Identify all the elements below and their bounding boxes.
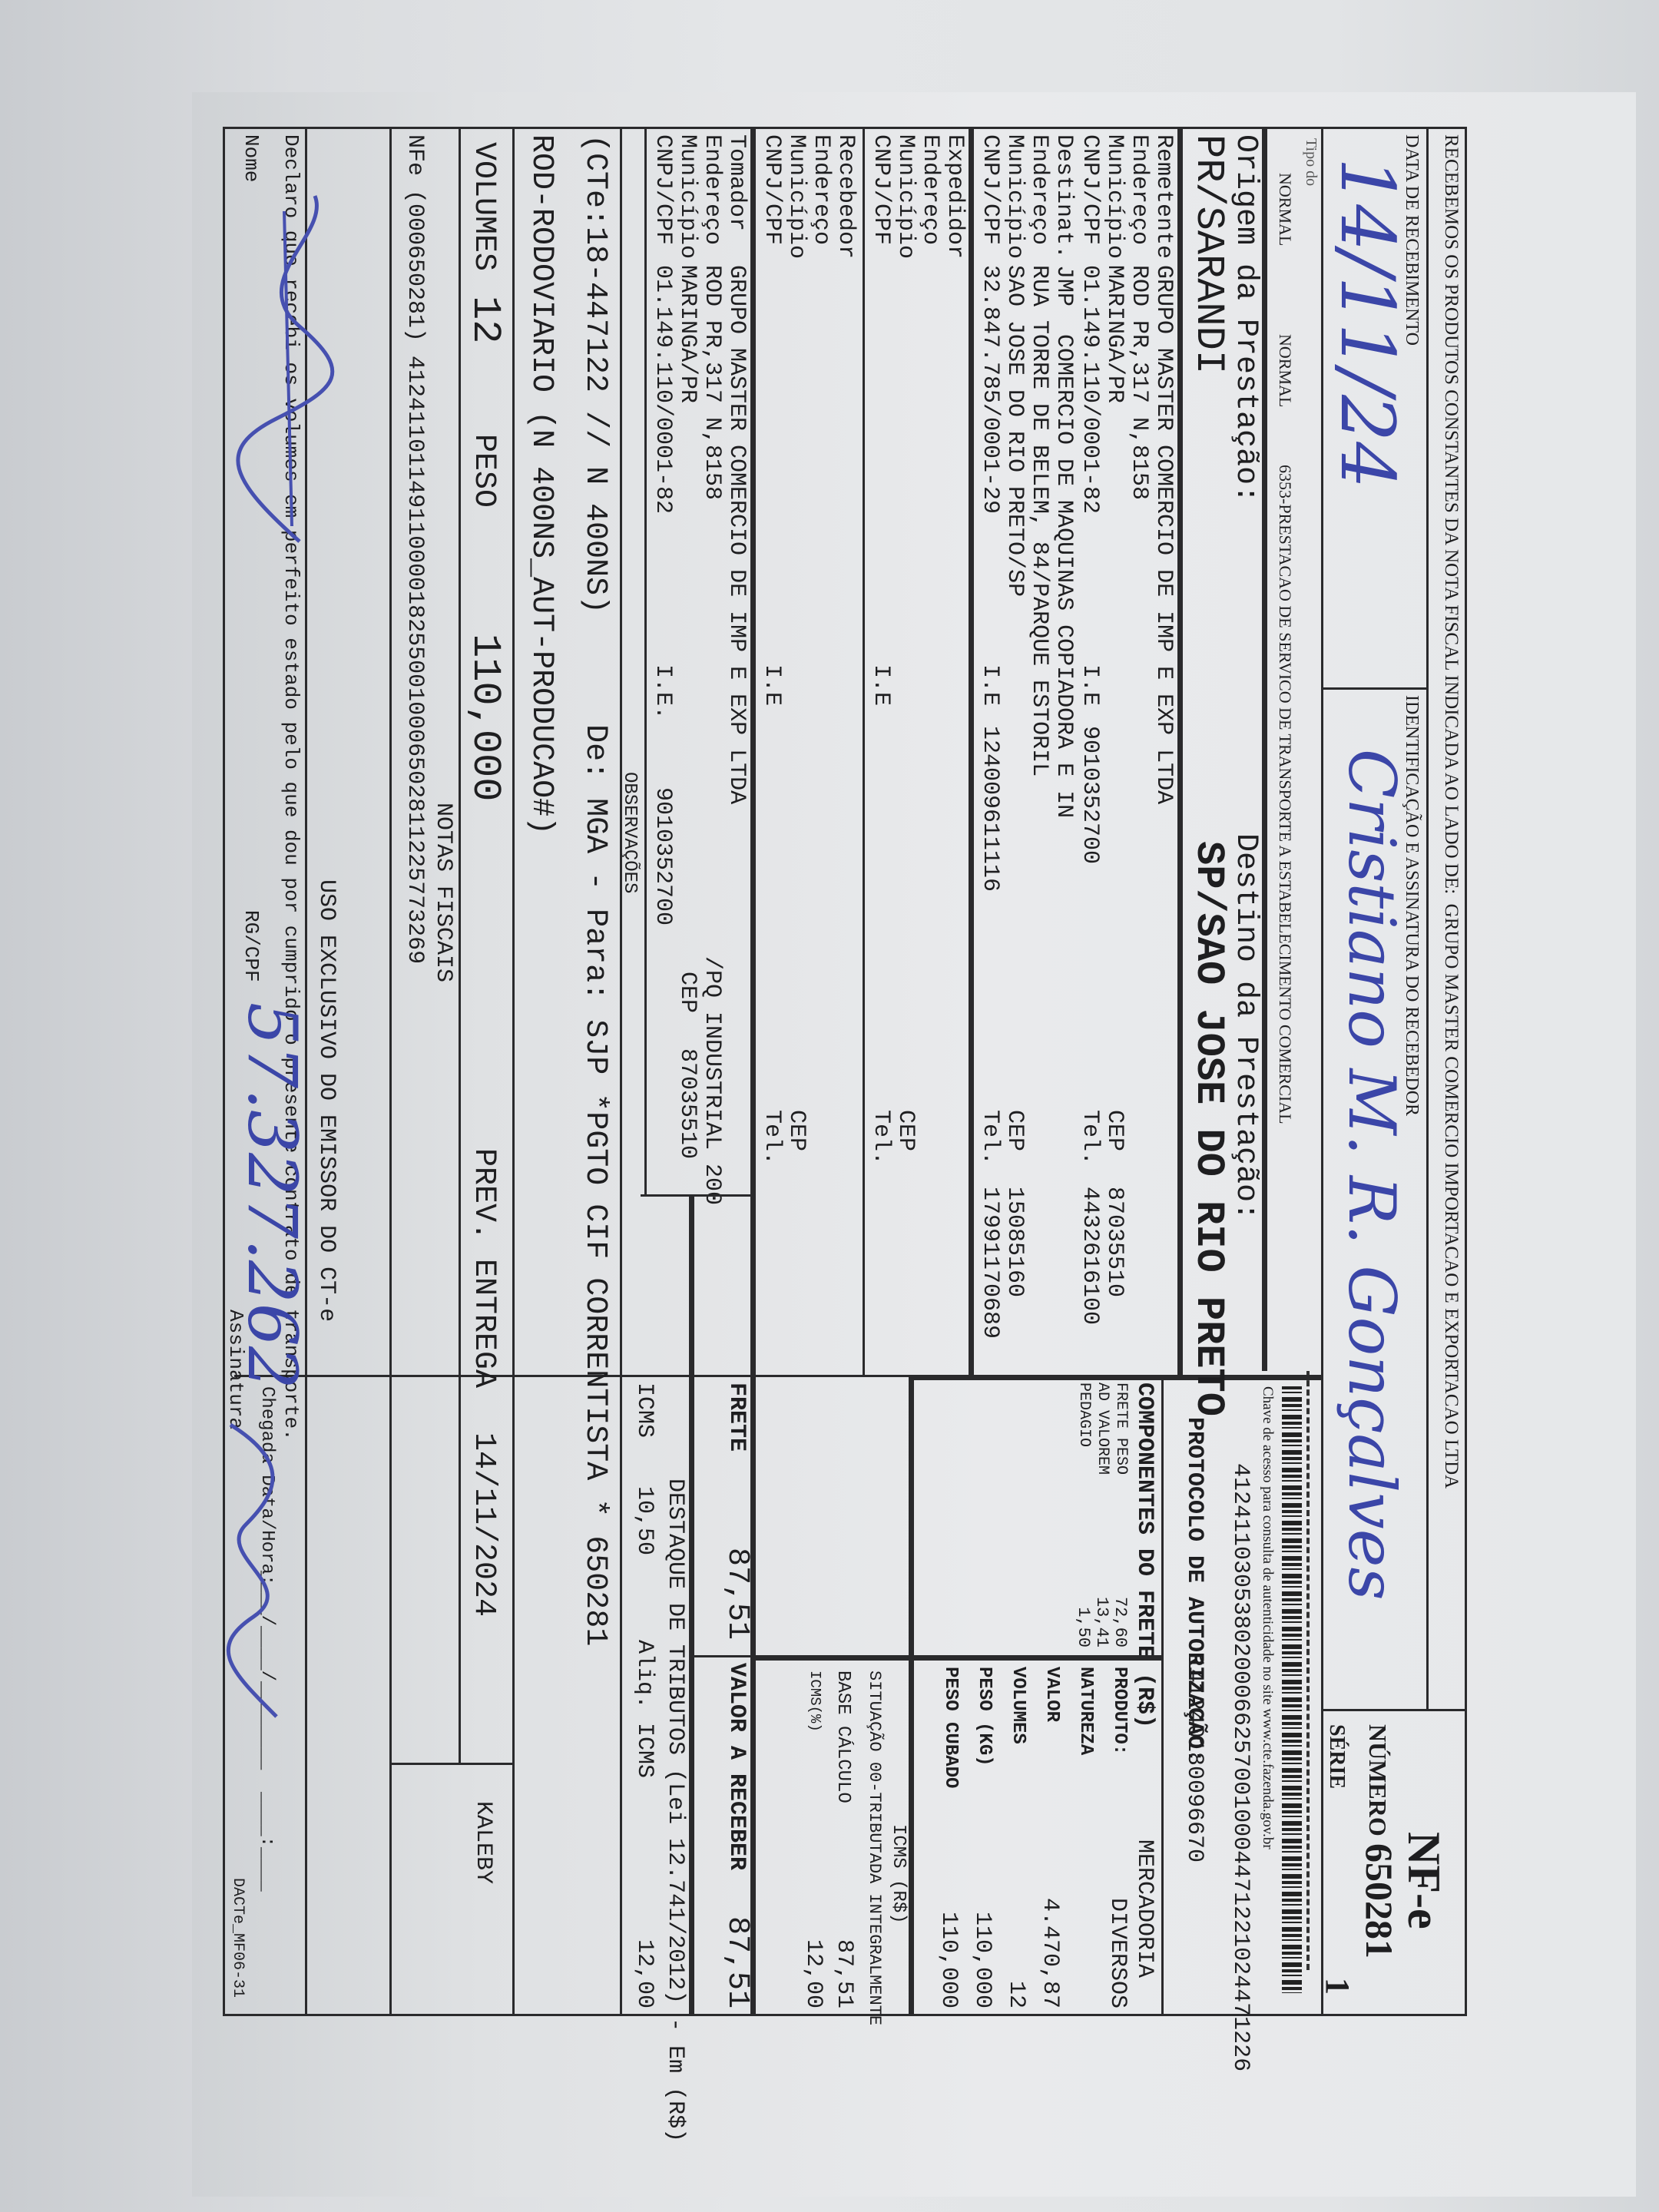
emissor-title: USO EXCLUSIVO DO EMISSOR DO CT-e <box>314 879 339 1322</box>
expedidor-endereco-label: Endereço <box>918 134 942 245</box>
destinatario-cnpj-label: CNPJ/CPF <box>978 134 1002 245</box>
chave-value: 4124110305380200066257001000447122102447… <box>1228 1463 1253 2071</box>
protocolo-value: 141240180096670 <box>1182 1655 1207 1863</box>
componente-label: FRETE PESO <box>1113 1382 1129 1475</box>
componente-value: 1,50 <box>1075 1571 1092 1647</box>
tributos-aliq-value: 12,00 <box>632 1939 657 2008</box>
divider <box>863 127 865 1375</box>
tomador-endereco-label: Endereço <box>700 134 724 245</box>
remetente-endereco: ROD PR,317 N,8158 <box>1127 265 1151 500</box>
tributos-aliq-label: Aliq. ICMS <box>632 1640 657 1778</box>
destinatario-ie: 124009611116 <box>978 726 1002 892</box>
destinatario-cnpj: 32.847.785/0001-29 <box>978 265 1002 514</box>
divider <box>694 1655 756 1657</box>
divider <box>969 127 974 1375</box>
tomador-municipio: MARINGA/PR <box>675 265 700 403</box>
remetente-municipio: MARINGA/PR <box>1102 265 1127 403</box>
componente-value: 72,60 <box>1111 1571 1129 1647</box>
expedidor-label: Expedidor <box>942 134 967 259</box>
divider <box>1321 1709 1467 1711</box>
remetente-ie: 9010352700 <box>1078 726 1102 864</box>
tipo-cte: NORMAL <box>1277 173 1294 246</box>
mercadoria-label: VOLUMES <box>1008 1667 1028 1744</box>
tomador-cep-label: CEP <box>675 972 700 1013</box>
remetente-cnpj-label: CNPJ/CPF <box>1078 134 1102 245</box>
divider <box>459 127 461 1763</box>
expedidor-tel-label: Tel. <box>869 1110 893 1165</box>
numero-label: NÚMERO <box>1364 1724 1390 1836</box>
componente-label: AD VALOREM <box>1094 1382 1111 1475</box>
volumes-label: VOLUMES <box>467 142 499 271</box>
tomador-label: Tomador <box>724 134 749 231</box>
divider <box>750 127 756 2016</box>
destinatario-name: JMP COMERCIO DE MAQUINAS COPIADORA E IN <box>1051 265 1076 818</box>
frete-value: 87,51 <box>720 1486 753 1640</box>
peso-value: 110,000 <box>463 634 505 801</box>
serie-label: SÉRIE <box>1326 1724 1348 1789</box>
remetente-label: Remetente <box>1151 134 1176 259</box>
tributos-icms-label: ICMS <box>632 1382 657 1438</box>
divider <box>620 127 622 2016</box>
dacte-document: RECEBEMOS OS PRODUTOS CONSTANTES DA NOTA… <box>215 111 1490 2124</box>
tipo-label: Tipo do <box>1303 138 1319 186</box>
divider <box>914 1655 1164 1661</box>
remetente-cnpj: 01.149.110/0001-82 <box>1078 265 1102 514</box>
tipo-servico: NORMAL <box>1277 334 1294 407</box>
componentes-title: COMPONENTES DO FRETE (R$) <box>1132 1382 1157 1728</box>
recipient-signature: Cristiano M. R. Gonçalves <box>1338 749 1406 1601</box>
divider <box>1177 127 1183 1375</box>
recebedor-label: Recebedor <box>833 134 858 259</box>
cfop: 6353-PRESTACAO DE SERVICO DE TRANSPORTE … <box>1277 465 1294 1124</box>
origem-value: PR/SARANDI <box>1187 134 1229 374</box>
tomador-ie: 9010352700 <box>651 787 675 926</box>
divider <box>1262 127 1267 1371</box>
expedidor-municipio-label: Município <box>893 134 918 259</box>
divider <box>689 1194 694 2016</box>
prev-entrega-label: PREV. ENTREGA <box>467 1148 499 1388</box>
divider <box>389 127 392 2016</box>
nome-label: Nome <box>240 134 261 182</box>
remetente-tel: 4432616100 <box>1078 1187 1102 1325</box>
expedidor-cnpj-label: CNPJ/CPF <box>869 134 893 245</box>
destino-label: Destino da Prestação: <box>1229 833 1261 1220</box>
destinatario-endereco: RUA TORRE DE BELEM, 84/PARQUE ESTORIL <box>1027 265 1051 777</box>
numero-value: 650281 <box>1359 1843 1400 1959</box>
form-code: DACTe_MF06-31 <box>230 1878 246 1998</box>
tomador-cnpj-label: CNPJ/CPF <box>651 134 675 245</box>
divider <box>1321 687 1429 690</box>
destinatario-municipio-label: Município <box>1002 134 1027 259</box>
mercadoria-label: PESO CUBADO <box>941 1667 960 1788</box>
destinatario-tel: 17991170689 <box>978 1187 1002 1339</box>
notas-title: NOTAS FISCAIS <box>431 803 455 982</box>
divider <box>753 1655 914 1661</box>
destinatario-cep: 15085160 <box>1002 1187 1027 1297</box>
remetente-cep: 87035510 <box>1102 1187 1127 1297</box>
observacoes-title: OBSERVAÇÕES <box>620 772 639 893</box>
mercadoria-title: MERCADORIA <box>1132 1839 1157 1978</box>
remetente-name: GRUPO MASTER COMERCIO DE IMP E EXP LTDA <box>1151 265 1176 804</box>
expedidor-ie-label: I.E <box>869 664 893 706</box>
signature-nome <box>215 188 346 557</box>
peso-label: PESO <box>467 434 499 508</box>
frete-label: FRETE <box>724 1382 749 1452</box>
destinatario-municipio: SAO JOSE DO RIO PRETO/SP <box>1002 265 1027 597</box>
tomador-municipio-label: Município <box>675 134 700 259</box>
icms-aliq-label: ICMS(%) <box>806 1671 822 1732</box>
tomador-endereco: ROD PR,317 N,8158 <box>700 265 724 500</box>
recebedor-cnpj-label: CNPJ/CPF <box>760 134 784 245</box>
divider <box>1161 1375 1164 2016</box>
volumes-value: 12 <box>463 296 505 343</box>
mercadoria-label: VALOR <box>1042 1667 1061 1722</box>
remetente-tel-label: Tel. <box>1078 1110 1102 1165</box>
componente-value: 13,41 <box>1093 1571 1111 1647</box>
mercadoria-value: 12 <box>1004 1839 1028 2008</box>
destinatario-ie-label: I.E <box>978 664 1002 706</box>
mercadoria-label: PESO (KG) <box>975 1667 994 1767</box>
destinatario-endereco-label: Endereço <box>1027 134 1051 245</box>
mercadoria-value: 110,000 <box>936 1839 961 2008</box>
destinatario-tel-label: Tel. <box>978 1110 1002 1165</box>
divider <box>512 127 515 2016</box>
tomador-ie-label: I.E. <box>651 664 675 720</box>
signature-assinatura <box>215 1417 323 1724</box>
divider <box>234 1375 1164 1377</box>
recebedor-cep-label: CEP <box>784 1110 809 1151</box>
tomador-cep: 87035510 <box>675 1048 700 1159</box>
divider <box>641 1194 756 1197</box>
chave-label: Chave de acesso para consulta de autenti… <box>1260 1386 1275 1849</box>
origem-label: Origem da Prestação: <box>1229 134 1261 503</box>
tributos-title: DESTAQUE DE TRIBUTOS (Lei 12.741/2012) -… <box>663 1479 687 2142</box>
remetente-municipio-label: Município <box>1102 134 1127 259</box>
observacoes-line1: (CTe:18-447122 // N 400NS) De: MGA - Par… <box>578 134 611 1646</box>
observacoes-line2: ROD-RODOVIARIO (N 400NS_AUT-PRODUCAO#) <box>525 134 557 835</box>
prev-entrega-value: 14/11/2024 <box>467 1432 499 1617</box>
valor-receber-value: 87,51 <box>720 1870 753 2008</box>
valor-receber-label: VALOR A RECEBER <box>724 1663 749 1870</box>
divider <box>909 1375 914 2016</box>
recebedor-tel-label: Tel. <box>760 1110 784 1165</box>
date-handwritten: 14/11/24 <box>1328 157 1406 488</box>
divider <box>644 127 647 1194</box>
destino-value: SP/SAO JOSE DO RIO PRETO <box>1187 841 1229 1416</box>
mercadoria-label: PRODUTO: <box>1110 1667 1129 1755</box>
tomador-cnpj: 01.149.110/0001-82 <box>651 265 675 514</box>
barcode <box>1282 1386 1302 1993</box>
icms-situacao: SITUAÇÃO 00-TRIBUTADA INTEGRALMENTE <box>866 1671 883 2025</box>
nfe-line: NFe (000650281) 412411011491100001825500… <box>402 134 427 964</box>
icms-base-label: BASE CÁLCULO <box>833 1671 853 1803</box>
expedidor-cep-label: CEP <box>893 1110 918 1151</box>
mercadoria-value: 110,000 <box>970 1839 995 2008</box>
divider <box>392 1763 515 1765</box>
rg-cpf-label: RG/CPF <box>240 910 261 982</box>
destinatario-cep-label: CEP <box>1002 1110 1027 1151</box>
tomador-name: GRUPO MASTER COMERCIO DE IMP E EXP LTDA <box>724 265 749 804</box>
nfe-title: NF-e <box>1399 1832 1448 1929</box>
recebedor-municipio-label: Município <box>784 134 809 259</box>
componente-label: PEDAGIO <box>1076 1382 1092 1447</box>
remetente-cep-label: CEP <box>1102 1110 1127 1151</box>
mercadoria-value: 4.470,87 <box>1038 1839 1062 2008</box>
recebedor-ie-label: I.E <box>760 664 784 706</box>
mercadoria-value: DIVERSOS <box>1105 1839 1130 2008</box>
destinatario-label: Destinat. <box>1051 134 1076 259</box>
serie-value: 1 <box>1320 1978 1355 1995</box>
recebedor-endereco-label: Endereço <box>809 134 833 245</box>
icms-title: ICMS (R$) <box>889 1824 908 1924</box>
tomador-endereco-cont: /PQ INDUSTRIAL 200 <box>700 956 724 1205</box>
remetente-ie-label: I.E <box>1078 664 1102 706</box>
mercadoria-label: NATUREZA <box>1076 1667 1095 1755</box>
icms-base-value: 87,51 <box>832 1878 856 2008</box>
divider <box>1426 127 1429 1709</box>
receipt-header: RECEBEMOS OS PRODUTOS CONSTANTES DA NOTA… <box>1441 134 1461 1488</box>
tributos-icms-value: 10,50 <box>632 1486 657 1555</box>
icms-aliq-value: 12,00 <box>801 1878 826 2008</box>
assinatura-label: Assinatura <box>225 1310 246 1429</box>
motorista: KALEBY <box>471 1801 495 1884</box>
remetente-endereco-label: Endereço <box>1127 134 1151 245</box>
